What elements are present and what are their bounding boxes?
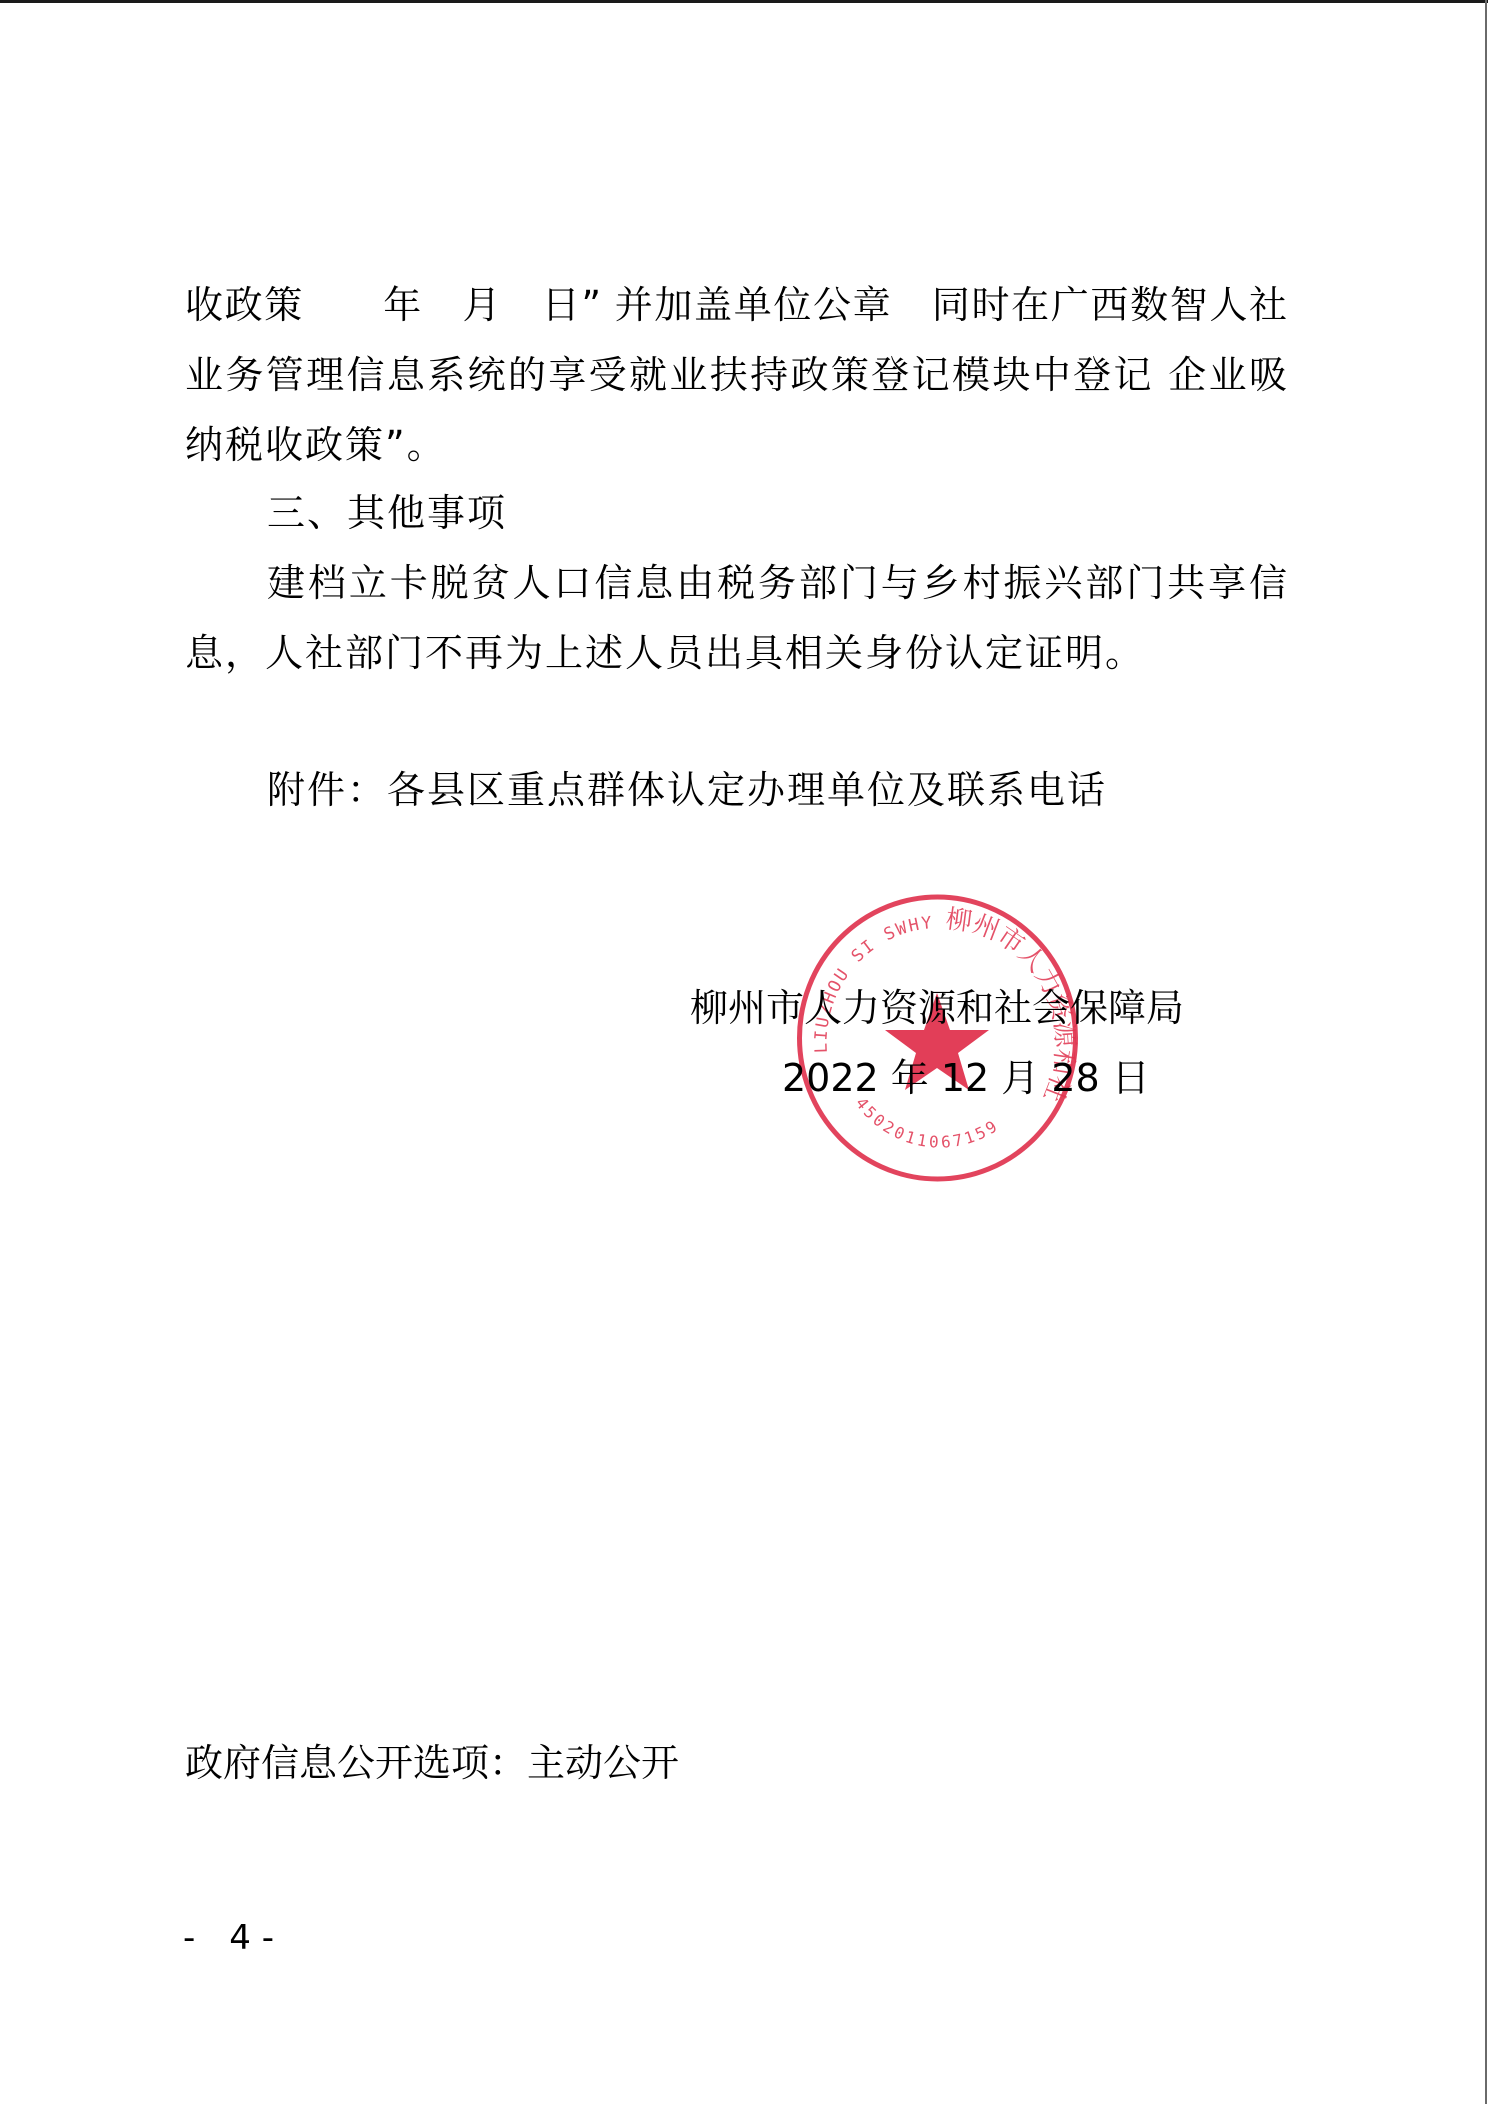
signature-organization: 柳州市人力资源和社会保障局: [690, 986, 1184, 1030]
seal-graphic: LIUZHOU SI SWHYENZ CAEDQ 柳州市人力资源和社会保障局 4…: [795, 893, 1080, 1183]
svg-text:4502011067159: 4502011067159: [852, 1094, 1003, 1152]
page-right-border: [1485, 0, 1487, 2104]
disclosure-option: 政府信息公开选项：主动公开: [185, 1741, 679, 1785]
official-seal: LIUZHOU SI SWHYENZ CAEDQ 柳州市人力资源和社会保障局 4…: [795, 893, 1080, 1183]
section-paragraph-line-2: 息，人社部门不再为上述人员出具相关身份认定证明。: [185, 631, 1145, 675]
body-line-3: 纳税收政策”。: [185, 423, 447, 467]
signature-date: 2022 年 12 月 28 日: [782, 1056, 1150, 1100]
attachment-line: 附件：各县区重点群体认定办理单位及联系电话: [267, 768, 1107, 812]
page-top-border: [0, 0, 1488, 3]
body-line-2: 业务管理信息系统的享受就业扶持政策登记模块中登记 企业吸: [185, 353, 1287, 397]
section-heading: 三、其他事项: [267, 491, 507, 535]
section-paragraph-line-1: 建档立卡脱贫人口信息由税务部门与乡村振兴部门共享信: [267, 561, 1287, 605]
page-number: - 4 -: [183, 1918, 274, 1958]
body-line-1: 收政策 年 月 日” 并加盖单位公章 同时在广西数智人社: [185, 283, 1287, 327]
